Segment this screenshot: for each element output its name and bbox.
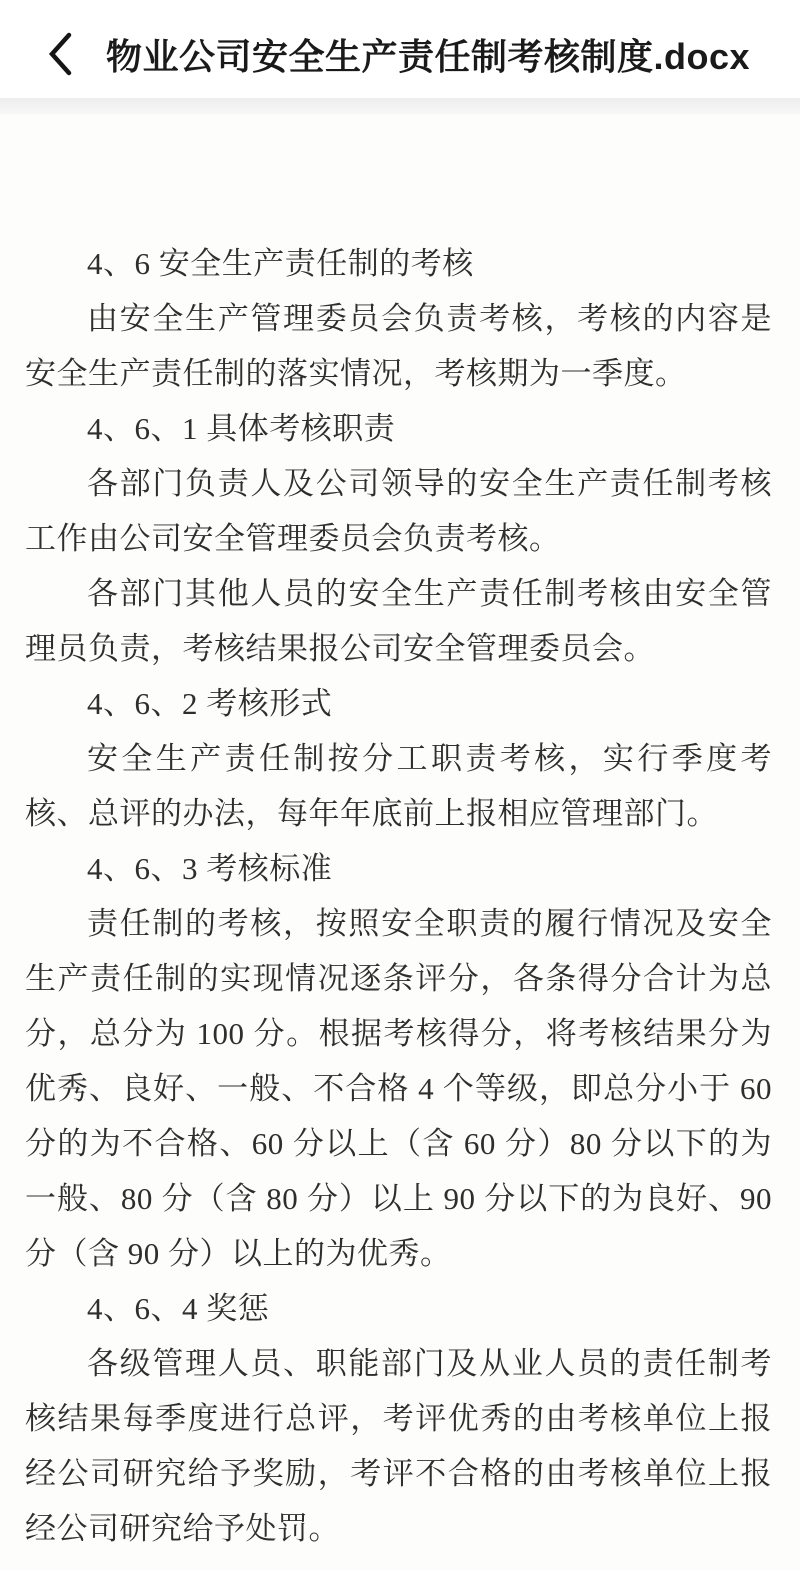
doc-heading: 4、6、3 考核标准 [25, 841, 772, 896]
document-title: 物业公司安全生产责任制考核制度.docx [106, 29, 750, 80]
doc-heading: 4、6、4 奖惩 [25, 1281, 772, 1336]
document-content[interactable]: 4、6 安全生产责任制的考核由安全生产管理委员会负责考核，考核的内容是安全生产责… [0, 114, 800, 1571]
doc-paragraph: 由安全生产管理委员会负责考核，考核的内容是安全生产责任制的落实情况，考核期为一季… [25, 291, 772, 401]
document-viewer-screen: 物业公司安全生产责任制考核制度.docx 4、6 安全生产责任制的考核由安全生产… [0, 0, 800, 1571]
header-divider [0, 98, 800, 114]
doc-paragraph: 责任制的考核，按照安全职责的履行情况及安全生产责任制的实现情况逐条评分，各条得分… [25, 896, 772, 1281]
doc-paragraph: 各部门其他人员的安全生产责任制考核由安全管理员负责，考核结果报公司安全管理委员会… [25, 566, 772, 676]
chevron-left-icon [45, 30, 75, 78]
doc-paragraph: 各部门负责人及公司领导的安全生产责任制考核工作由公司安全管理委员会负责考核。 [25, 456, 772, 566]
back-button[interactable] [36, 26, 84, 82]
doc-heading: 4、6、2 考核形式 [25, 676, 772, 731]
doc-paragraph: 各级管理人员、职能部门及从业人员的责任制考核结果每季度进行总评，考评优秀的由考核… [25, 1336, 772, 1556]
header-bar: 物业公司安全生产责任制考核制度.docx [0, 0, 800, 98]
doc-heading: 4、6、1 具体考核职责 [25, 401, 772, 456]
doc-paragraph: 安全生产责任制按分工职责考核，实行季度考核、总评的办法，每年年底前上报相应管理部… [25, 731, 772, 841]
doc-heading: 4、6 安全生产责任制的考核 [25, 236, 772, 291]
